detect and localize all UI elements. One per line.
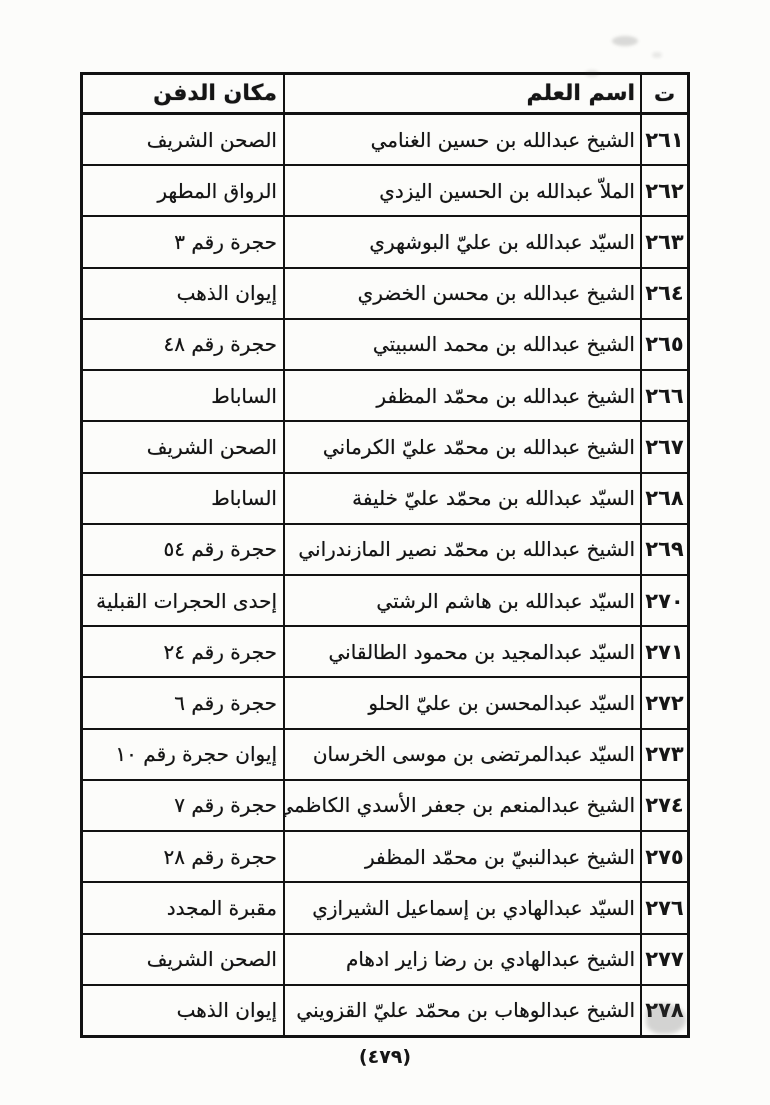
row-serial-number: ٢٧٦	[640, 883, 687, 932]
row-scholar-name: الشيخ عبدالله بن محمّد نصير المازندراني	[283, 525, 640, 574]
row-scholar-name: الشيخ عبدالوهاب بن محمّد عليّ القزويني	[283, 986, 640, 1035]
table-row: ٢٦٤ الشيخ عبدالله بن محسن الخضري إيوان ا…	[83, 267, 687, 318]
row-serial-number: ٢٦٩	[640, 525, 687, 574]
row-scholar-name: السيّد عبدالله بن هاشم الرشتي	[283, 576, 640, 625]
row-serial-number: ٢٦٦	[640, 371, 687, 420]
row-scholar-name: الشيخ عبدالنبيّ بن محمّد المظفر	[283, 832, 640, 881]
row-burial-place: الساباط	[83, 474, 283, 523]
row-serial-number: ٢٧١	[640, 627, 687, 676]
row-serial-number: ٢٧٢	[640, 678, 687, 727]
header-burial-place: مكان الدفن	[83, 75, 283, 112]
row-burial-place: الصحن الشريف	[83, 935, 283, 984]
row-serial-number: ٢٦١	[640, 115, 687, 164]
row-serial-number: ٢٦٧	[640, 422, 687, 471]
table-header-row: ت اسم العلم مكان الدفن	[83, 75, 687, 112]
row-serial-number: ٢٦٣	[640, 217, 687, 266]
row-serial-number: ٢٧٧	[640, 935, 687, 984]
row-burial-place: حجرة رقم ٦	[83, 678, 283, 727]
table-row: ٢٦٩ الشيخ عبدالله بن محمّد نصير المازندر…	[83, 523, 687, 574]
document-page: ت اسم العلم مكان الدفن ٢٦١ الشيخ عبدالله…	[0, 0, 770, 1105]
row-scholar-name: الملاّ عبدالله بن الحسين اليزدي	[283, 166, 640, 215]
row-scholar-name: الشيخ عبدالله بن محسن الخضري	[283, 269, 640, 318]
row-serial-number: ٢٧٣	[640, 730, 687, 779]
table-row: ٢٧٦ السيّد عبدالهادي بن إسماعيل الشيرازي…	[83, 881, 687, 932]
row-scholar-name: السيّد عبدالله بن محمّد عليّ خليفة	[283, 474, 640, 523]
header-scholar-name: اسم العلم	[283, 75, 640, 112]
row-serial-number: ٢٧٠	[640, 576, 687, 625]
row-serial-number: ٢٧٨	[640, 986, 687, 1035]
table-row: ٢٧٥ الشيخ عبدالنبيّ بن محمّد المظفر حجرة…	[83, 830, 687, 881]
row-scholar-name: الشيخ عبدالمنعم بن جعفر الأسدي الكاظمي	[283, 781, 640, 830]
scholars-burial-table: ت اسم العلم مكان الدفن ٢٦١ الشيخ عبدالله…	[80, 72, 690, 1038]
table-row: ٢٦٧ الشيخ عبدالله بن محمّد عليّ الكرماني…	[83, 420, 687, 471]
row-burial-place: إيوان الذهب	[83, 986, 283, 1035]
row-burial-place: الصحن الشريف	[83, 422, 283, 471]
row-burial-place: إيوان حجرة رقم ١٠	[83, 730, 283, 779]
table-row: ٢٧٨ الشيخ عبدالوهاب بن محمّد عليّ القزوي…	[83, 984, 687, 1035]
row-burial-place: حجرة رقم ٢٤	[83, 627, 283, 676]
row-burial-place: حجرة رقم ٤٨	[83, 320, 283, 369]
table-row: ٢٧٧ الشيخ عبدالهادي بن رضا زاير ادهام ال…	[83, 933, 687, 984]
row-burial-place: حجرة رقم ٥٤	[83, 525, 283, 574]
row-scholar-name: الشيخ عبدالله بن حسين الغنامي	[283, 115, 640, 164]
table-row: ٢٧٣ السيّد عبدالمرتضى بن موسى الخرسان إي…	[83, 728, 687, 779]
page-number: (٤٧٩)	[0, 1046, 770, 1068]
table-row: ٢٦٢ الملاّ عبدالله بن الحسين اليزدي الرو…	[83, 164, 687, 215]
row-burial-place: حجرة رقم ٧	[83, 781, 283, 830]
row-burial-place: إيوان الذهب	[83, 269, 283, 318]
row-burial-place: الساباط	[83, 371, 283, 420]
table-row: ٢٦١ الشيخ عبدالله بن حسين الغنامي الصحن …	[83, 112, 687, 164]
table-row: ٢٧٢ السيّد عبدالمحسن بن عليّ الحلو حجرة …	[83, 676, 687, 727]
row-serial-number: ٢٦٨	[640, 474, 687, 523]
row-burial-place: مقبرة المجدد	[83, 883, 283, 932]
row-scholar-name: السيّد عبدالمرتضى بن موسى الخرسان	[283, 730, 640, 779]
row-serial-number: ٢٧٥	[640, 832, 687, 881]
table-row: ٢٧٤ الشيخ عبدالمنعم بن جعفر الأسدي الكاظ…	[83, 779, 687, 830]
row-scholar-name: السيّد عبدالله بن عليّ البوشهري	[283, 217, 640, 266]
scan-noise-speck	[652, 52, 662, 58]
row-scholar-name: الشيخ عبدالله بن محمّد المظفر	[283, 371, 640, 420]
row-scholar-name: السيّد عبدالمحسن بن عليّ الحلو	[283, 678, 640, 727]
table-row: ٢٧١ السيّد عبدالمجيد بن محمود الطالقاني …	[83, 625, 687, 676]
header-serial: ت	[640, 75, 687, 112]
table-row: ٢٦٨ السيّد عبدالله بن محمّد عليّ خليفة ا…	[83, 472, 687, 523]
row-serial-number: ٢٧٤	[640, 781, 687, 830]
row-scholar-name: الشيخ عبدالهادي بن رضا زاير ادهام	[283, 935, 640, 984]
row-burial-place: الرواق المطهر	[83, 166, 283, 215]
row-scholar-name: الشيخ عبدالله بن محمّد عليّ الكرماني	[283, 422, 640, 471]
row-scholar-name: الشيخ عبدالله بن محمد السبيتي	[283, 320, 640, 369]
row-scholar-name: السيّد عبدالهادي بن إسماعيل الشيرازي	[283, 883, 640, 932]
table-row: ٢٦٦ الشيخ عبدالله بن محمّد المظفر السابا…	[83, 369, 687, 420]
table-row: ٢٦٣ السيّد عبدالله بن عليّ البوشهري حجرة…	[83, 215, 687, 266]
row-burial-place: الصحن الشريف	[83, 115, 283, 164]
row-burial-place: حجرة رقم ٢٨	[83, 832, 283, 881]
row-scholar-name: السيّد عبدالمجيد بن محمود الطالقاني	[283, 627, 640, 676]
row-burial-place: إحدى الحجرات القبلية	[83, 576, 283, 625]
row-serial-number: ٢٦٤	[640, 269, 687, 318]
row-serial-number: ٢٦٥	[640, 320, 687, 369]
table-row: ٢٧٠ السيّد عبدالله بن هاشم الرشتي إحدى ا…	[83, 574, 687, 625]
scan-noise-speck	[612, 36, 638, 46]
table-row: ٢٦٥ الشيخ عبدالله بن محمد السبيتي حجرة ر…	[83, 318, 687, 369]
row-serial-number: ٢٦٢	[640, 166, 687, 215]
row-burial-place: حجرة رقم ٣	[83, 217, 283, 266]
